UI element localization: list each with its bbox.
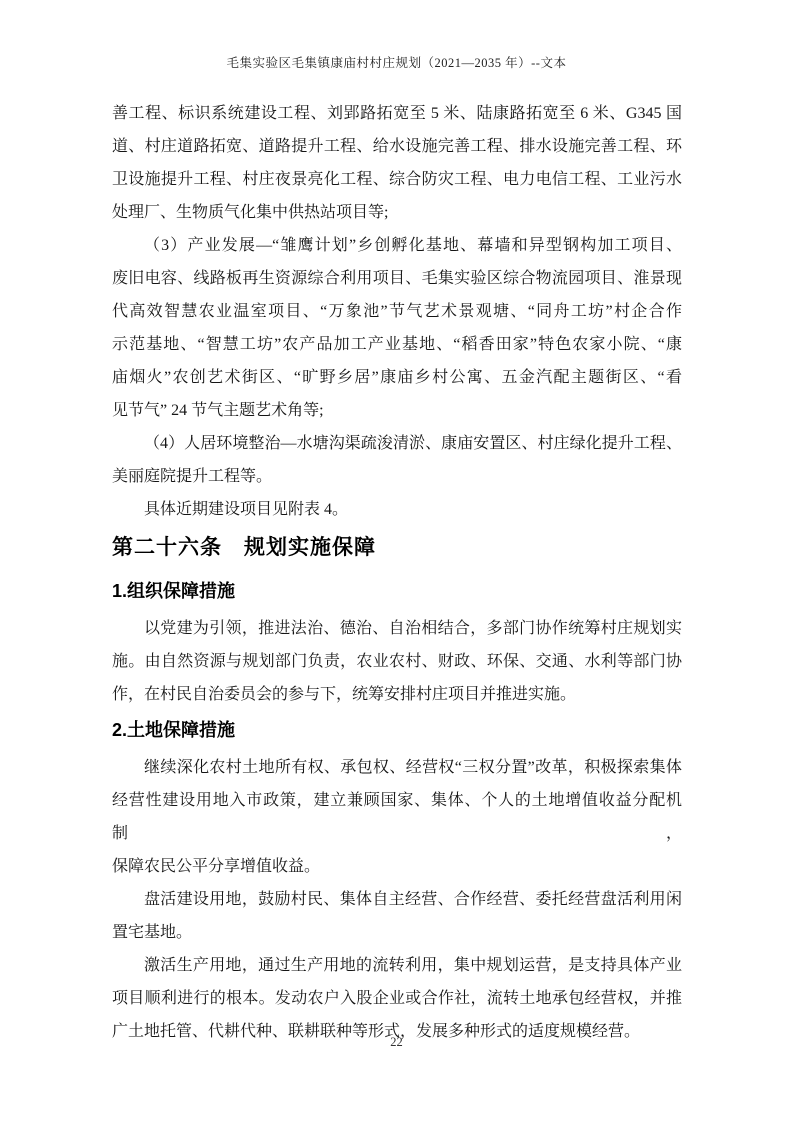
paragraph-organization-safeguard: 以党建为引领，推进法治、德治、自治相结合，多部门协作统筹村庄规划实 施。由自然资… — [112, 612, 682, 711]
paragraph-land-reform: 继续深化农村土地所有权、承包权、经营权“三权分置”改革，积极探索集体 经营性建设… — [112, 751, 682, 883]
page-number: 22 — [0, 1034, 793, 1050]
text-line: （4）人居环境整治—水塘沟渠疏浚清淤、康庙安置区、村庄绿化提升工程、 — [112, 427, 682, 460]
text-line: 项目顺利进行的根本。发动农户入股企业或合作社，流转土地承包经营权，并推 — [112, 982, 682, 1015]
text-line: 处理厂、生物质气化集中供热站项目等; — [112, 196, 682, 229]
article-26-heading: 第二十六条 规划实施保障 — [112, 528, 682, 568]
text-line: 卫设施提升工程、村庄夜景亮化工程、综合防灾工程、电力电信工程、工业污水 — [112, 163, 682, 196]
text-line: 代高效智慧农业温室项目、“万象池”节气艺术景观塘、“同舟工坊”村企合作 — [112, 295, 682, 328]
text-line: 具体近期建设项目见附表 4。 — [112, 493, 682, 526]
text-line: 废旧电容、线路板再生资源综合利用项目、毛集实验区综合物流园项目、淮景现 — [112, 262, 682, 295]
subheading-land-safeguard: 2.土地保障措施 — [112, 713, 682, 747]
text-line: 激活生产用地，通过生产用地的流转利用，集中规划运营，是支持具体产业 — [112, 949, 682, 982]
text-line: 庙烟火”农创艺术街区、“旷野乡居”康庙乡村公寓、五金汽配主题街区、“看 — [112, 361, 682, 394]
paragraph-infrastructure-projects: 善工程、标识系统建设工程、刘郢路拓宽至 5 米、陆康路拓宽至 6 米、G345 … — [112, 97, 682, 229]
paragraph-revitalize-construction-land: 盘活建设用地，鼓励村民、集体自主经营、合作经营、委托经营盘活利用闲 置宅基地。 — [112, 883, 682, 949]
text-line: 以党建为引领，推进法治、德治、自治相结合，多部门协作统筹村庄规划实 — [112, 612, 682, 645]
paragraph-living-environment: （4）人居环境整治—水塘沟渠疏浚清淤、康庙安置区、村庄绿化提升工程、 美丽庭院提… — [112, 427, 682, 493]
text-line: 置宅基地。 — [112, 916, 682, 949]
text-line: 盘活建设用地，鼓励村民、集体自主经营、合作经营、委托经营盘活利用闲 — [112, 883, 682, 916]
document-body: 善工程、标识系统建设工程、刘郢路拓宽至 5 米、陆康路拓宽至 6 米、G345 … — [112, 97, 682, 1048]
text-line: 作，在村民自治委员会的参与下，统筹安排村庄项目并推进实施。 — [112, 678, 682, 711]
text-line: 见节气” 24 节气主题艺术角等; — [112, 394, 682, 427]
text-line: 继续深化农村土地所有权、承包权、经营权“三权分置”改革，积极探索集体 — [112, 751, 682, 784]
text-line: 道、村庄道路拓宽、道路提升工程、给水设施完善工程、排水设施完善工程、环 — [112, 130, 682, 163]
text-line: 经营性建设用地入市政策，建立兼顾国家、集体、个人的土地增值收益分配机制， — [112, 784, 682, 850]
text-line: 善工程、标识系统建设工程、刘郢路拓宽至 5 米、陆康路拓宽至 6 米、G345 … — [112, 97, 682, 130]
paragraph-appendix-note: 具体近期建设项目见附表 4。 — [112, 493, 682, 526]
document-page: 毛集实验区毛集镇康庙村村庄规划（2021—2035 年）--文本 善工程、标识系… — [0, 0, 793, 1122]
paragraph-industry-development: （3）产业发展—“雏鹰计划”乡创孵化基地、幕墙和异型钢构加工项目、 废旧电容、线… — [112, 229, 682, 427]
text-line: 美丽庭院提升工程等。 — [112, 460, 682, 493]
subheading-organization-safeguard: 1.组织保障措施 — [112, 574, 682, 608]
page-header-title: 毛集实验区毛集镇康庙村村庄规划（2021—2035 年）--文本 — [0, 55, 793, 71]
text-line: （3）产业发展—“雏鹰计划”乡创孵化基地、幕墙和异型钢构加工项目、 — [112, 229, 682, 262]
text-line: 示范基地、“智慧工坊”农产品加工产业基地、“稻香田家”特色农家小院、“康 — [112, 328, 682, 361]
text-line: 施。由自然资源与规划部门负责，农业农村、财政、环保、交通、水利等部门协 — [112, 645, 682, 678]
text-line: 保障农民公平分享增值收益。 — [112, 850, 682, 883]
